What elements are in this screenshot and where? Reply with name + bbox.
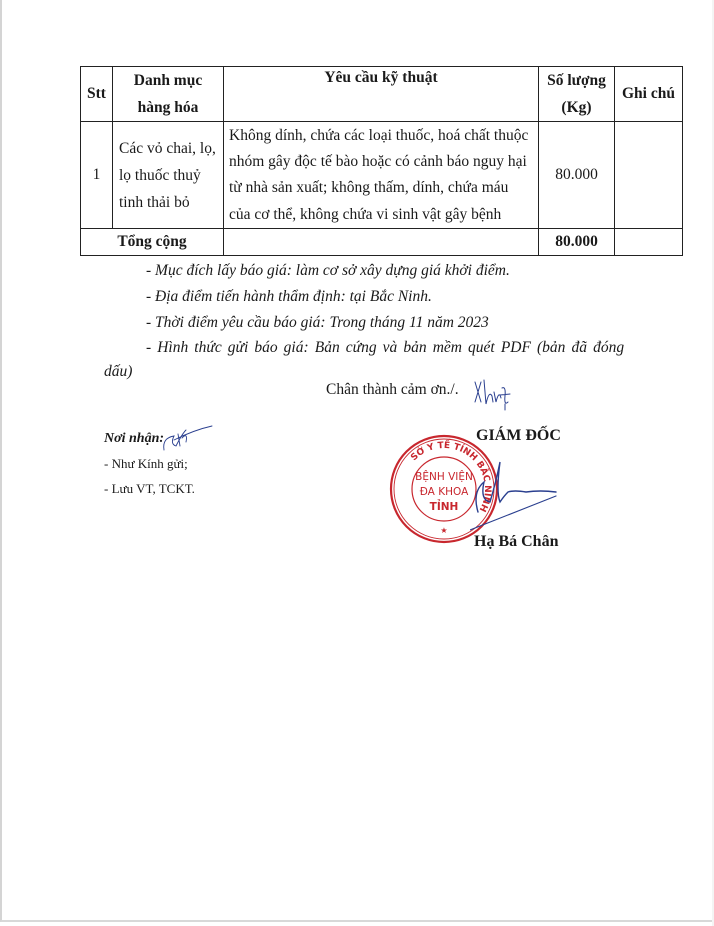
row-category: Các vỏ chai, lọ, lọ thuốc thuỷ tinh thải… xyxy=(113,122,224,229)
header-technical: Yêu cầu kỹ thuật xyxy=(224,67,539,122)
initials-signature-icon xyxy=(472,376,512,412)
header-stt: Stt xyxy=(81,67,113,122)
header-quantity: Số lượng (Kg) xyxy=(539,67,615,122)
table-row: 1 Các vỏ chai, lọ, lọ thuốc thuỷ tinh th… xyxy=(81,122,683,229)
detail-format-cont: dấu) xyxy=(104,363,132,381)
detail-location: - Địa điểm tiến hành thẩm định: tại Bắc … xyxy=(146,288,432,306)
closing-text: Chân thành cảm ơn./. xyxy=(326,381,459,399)
header-category: Danh mục hàng hóa xyxy=(113,67,224,122)
table-header-row: Stt Danh mục hàng hóa Yêu cầu kỹ thuật S… xyxy=(81,67,683,122)
recipients-title: Nơi nhận xyxy=(104,431,159,446)
total-label: Tổng cộng xyxy=(81,229,224,256)
svg-text:★: ★ xyxy=(440,526,447,535)
detail-purpose: - Mục đích lấy báo giá: làm cơ sở xây dự… xyxy=(146,262,510,280)
row-technical: Không dính, chứa các loại thuốc, hoá chấ… xyxy=(224,122,539,229)
director-signature-icon xyxy=(470,452,560,532)
recipient-signature-icon xyxy=(160,424,216,454)
row-stt: 1 xyxy=(81,122,113,229)
row-note xyxy=(615,122,683,229)
svg-text:TỈNH: TỈNH xyxy=(430,499,459,513)
header-note: Ghi chú xyxy=(615,67,683,122)
svg-text:BỆNH VIỆN: BỆNH VIỆN xyxy=(415,470,473,483)
total-technical xyxy=(224,229,539,256)
signer-name: Hạ Bá Chân xyxy=(474,533,558,551)
recipient-item: - Như Kính gửi; xyxy=(104,451,195,476)
total-note xyxy=(615,229,683,256)
row-quantity: 80.000 xyxy=(539,122,615,229)
signer-title: GIÁM ĐỐC xyxy=(476,427,561,445)
detail-time: - Thời điểm yêu cầu báo giá: Trong tháng… xyxy=(146,314,489,332)
table-total-row: Tổng cộng 80.000 xyxy=(81,229,683,256)
total-quantity: 80.000 xyxy=(539,229,615,256)
svg-text:ĐA KHOA: ĐA KHOA xyxy=(420,486,469,498)
detail-format: - Hình thức gửi báo giá: Bản cứng và bản… xyxy=(146,339,624,357)
recipient-item: - Lưu VT, TCKT. xyxy=(104,476,195,501)
quote-table: Stt Danh mục hàng hóa Yêu cầu kỹ thuật S… xyxy=(80,66,683,256)
